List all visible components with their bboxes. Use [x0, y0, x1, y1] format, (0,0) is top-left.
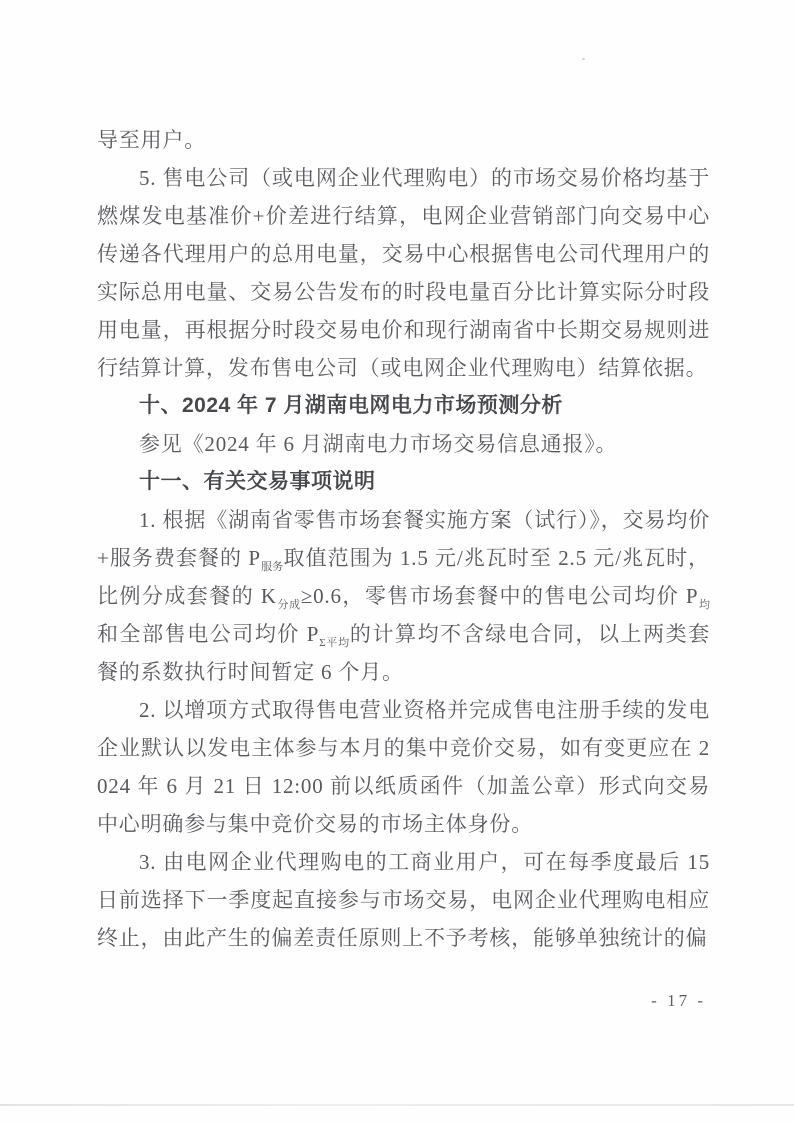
scan-edge-shadow: [0, 1104, 794, 1106]
text-run: 十、2024 年 7 月湖南电网电力市场预测分析: [139, 394, 563, 417]
text-run: 导至用户。: [97, 128, 206, 152]
subscript-text: 均: [698, 599, 710, 611]
text-run: 十一、有关交易事项说明: [139, 470, 376, 493]
text-run: 参见《2024 年 6 月湖南电力市场交易信息通报》。: [139, 432, 617, 456]
subscript-text: Σ平均: [319, 637, 350, 649]
text-run: 2. 以增项方式取得售电营业资格并完成售电注册手续的发电企业默认以发电主体参与本…: [97, 698, 710, 836]
paragraph: 导至用户。: [97, 121, 710, 159]
text-run: 和全部售电公司均价 P: [97, 622, 319, 646]
text-run: ≥0.6，零售市场套餐中的售电公司均价 P: [301, 584, 699, 608]
text-run: 3. 由电网企业代理购电的工商业用户，可在每季度最后 15 日前选择下一季度起直…: [97, 850, 710, 950]
section-heading: 十、2024 年 7 月湖南电网电力市场预测分析: [97, 387, 710, 425]
text-run: 5. 售电公司（或电网企业代理购电）的市场交易价格均基于燃煤发电基准价+价差进行…: [97, 166, 710, 380]
paragraph: 2. 以增项方式取得售电营业资格并完成售电注册手续的发电企业默认以发电主体参与本…: [97, 691, 710, 843]
paragraph: 1. 根据《湖南省零售市场套餐实施方案（试行）》，交易均价+服务费套餐的 P服务…: [97, 501, 710, 691]
paragraph: 参见《2024 年 6 月湖南电力市场交易信息通报》。: [97, 425, 710, 463]
document-body: 导至用户。5. 售电公司（或电网企业代理购电）的市场交易价格均基于燃煤发电基准价…: [97, 121, 710, 957]
paragraph: 3. 由电网企业代理购电的工商业用户，可在每季度最后 15 日前选择下一季度起直…: [97, 843, 710, 957]
page-number: - 17 -: [0, 990, 706, 1012]
paragraph: 5. 售电公司（或电网企业代理购电）的市场交易价格均基于燃煤发电基准价+价差进行…: [97, 159, 710, 387]
section-heading: 十一、有关交易事项说明: [97, 463, 710, 501]
subscript-text: 服务: [261, 561, 284, 573]
subscript-text: 分成: [277, 599, 301, 611]
scan-artifact-speck: [582, 58, 585, 60]
scanned-document-page: 导至用户。5. 售电公司（或电网企业代理购电）的市场交易价格均基于燃煤发电基准价…: [0, 0, 794, 1123]
